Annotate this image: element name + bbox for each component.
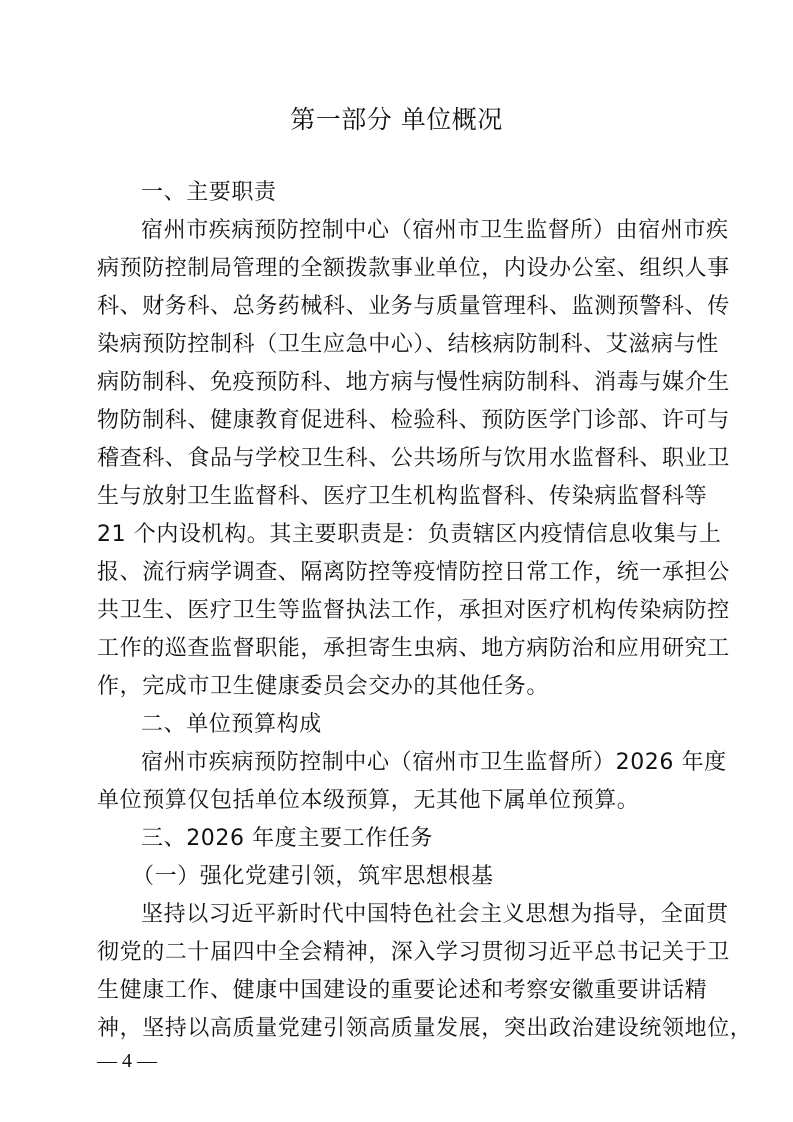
paragraph-line: 报、流行病学调查、隔离防控等疫情防控日常工作，统一承担公 xyxy=(97,558,699,588)
paragraph-line: 病防制科、免疫预防科、地方病与慢性病防制科、消毒与媒介生 xyxy=(97,368,699,398)
paragraph-line: 科、财务科、总务药械科、业务与质量管理科、监测预警科、传 xyxy=(97,292,699,322)
paragraph-line: 稽查科、食品与学校卫生科、公共场所与饮用水监督科、职业卫 xyxy=(97,444,699,474)
paragraph-line: 21 个内设机构。其主要职责是：负责辖区内疫情信息收集与上 xyxy=(97,520,699,550)
paragraph-line: 工作的巡查监督职能，承担寄生虫病、地方病防治和应用研究工 xyxy=(97,634,699,664)
paragraph-line: 作，完成市卫生健康委员会交办的其他任务。 xyxy=(97,672,699,702)
section-heading: 二、单位预算构成 xyxy=(141,710,699,740)
paragraph-line: 病预防控制局管理的全额拨款事业单位，内设办公室、组织人事 xyxy=(97,254,699,284)
paragraph-line: 共卫生、医疗卫生等监督执法工作，承担对医疗机构传染病防控 xyxy=(97,596,699,626)
subsection-heading: （一）强化党建引领，筑牢思想根基 xyxy=(132,862,734,892)
paragraph-line: 神，坚持以高质量党建引领高质量发展，突出政治建设统领地位， xyxy=(97,1014,699,1044)
section-heading: 一、主要职责 xyxy=(141,178,699,208)
page-title: 第一部分 单位概况 xyxy=(0,100,793,136)
paragraph-line: 宿州市疾病预防控制中心（宿州市卫生监督所）由宿州市疾 xyxy=(141,216,699,246)
paragraph-line: 物防制科、健康教育促进科、检验科、预防医学门诊部、许可与 xyxy=(97,406,699,436)
paragraph-line: 染病预防控制科（卫生应急中心）、结核病防制科、艾滋病与性 xyxy=(97,330,699,360)
section-heading: 三、2026 年度主要工作任务 xyxy=(141,824,699,854)
paragraph-line: 生健康工作、健康中国建设的重要论述和考察安徽重要讲话精 xyxy=(97,976,699,1006)
paragraph-line: 宿州市疾病预防控制中心（宿州市卫生监督所）2026 年度 xyxy=(141,748,699,778)
document-page: 第一部分 单位概况 一、主要职责 宿州市疾病预防控制中心（宿州市卫生监督所）由宿… xyxy=(0,0,793,1122)
paragraph-line: 单位预算仅包括单位本级预算，无其他下属单位预算。 xyxy=(97,786,699,816)
paragraph-line: 生与放射卫生监督科、医疗卫生机构监督科、传染病监督科等 xyxy=(97,482,699,512)
paragraph-line: 彻党的二十届四中全会精神，深入学习贯彻习近平总书记关于卫 xyxy=(97,938,699,968)
paragraph-line: 坚持以习近平新时代中国特色社会主义思想为指导，全面贯 xyxy=(141,900,699,930)
page-number: — 4 — xyxy=(97,1050,157,1073)
